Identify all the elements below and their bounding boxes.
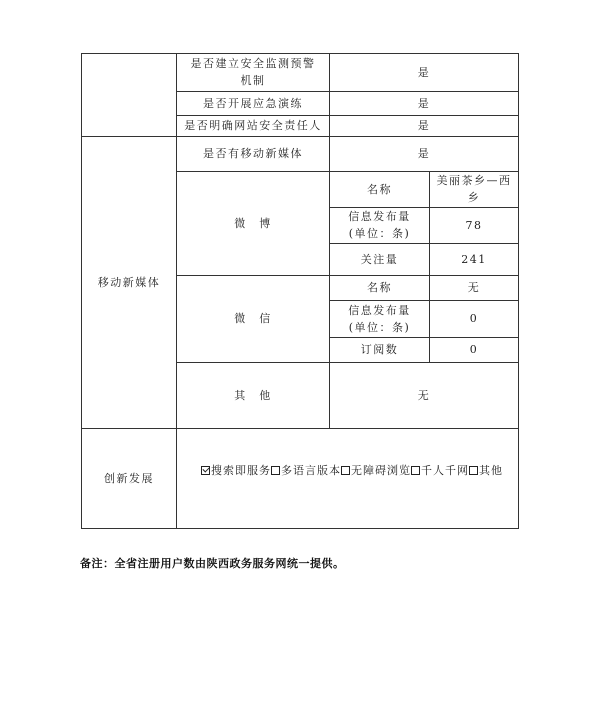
label-line: (单位：条) bbox=[349, 225, 411, 242]
option-label: 千人千网 bbox=[421, 462, 469, 478]
value-other-media: 无 bbox=[330, 362, 518, 428]
label-innovation: 创新发展 bbox=[82, 429, 176, 528]
checkbox-personalized[interactable] bbox=[411, 466, 420, 475]
label-wechat-posts: 信息发布量 (单位：条) bbox=[330, 300, 429, 337]
table-border-right bbox=[518, 53, 519, 529]
option-label: 其他 bbox=[479, 462, 503, 478]
section-label-mobile-media: 移动新媒体 bbox=[82, 137, 176, 428]
label-has-mobile-media: 是否有移动新媒体 bbox=[177, 136, 329, 171]
checkbox-search-service[interactable] bbox=[201, 466, 210, 475]
label-wechat-subscribers: 订阅数 bbox=[330, 337, 429, 362]
label-weibo-followers: 关注量 bbox=[330, 243, 429, 275]
value-monitoring-mechanism: 是 bbox=[330, 53, 518, 91]
checkbox-other[interactable] bbox=[469, 466, 478, 475]
label-weibo: 微 博 bbox=[177, 171, 329, 275]
label-other-media: 其 他 bbox=[177, 362, 329, 428]
label-monitoring-mechanism: 是否建立安全监测预警 机制 bbox=[177, 53, 329, 91]
checkbox-accessibility[interactable] bbox=[341, 466, 350, 475]
footnote: 备注：全省注册用户数由陕西政务服务网统一提供。 bbox=[80, 555, 345, 571]
option-label: 多语言版本 bbox=[281, 462, 341, 478]
innovation-options: 搜索即服务 多语言版本 无障碍浏览 千人千网 其他 bbox=[201, 462, 503, 478]
option-label: 无障碍浏览 bbox=[351, 462, 411, 478]
value-wechat-posts: 0 bbox=[430, 300, 518, 337]
label-weibo-name: 名称 bbox=[330, 171, 429, 207]
label-weibo-posts: 信息发布量 (单位：条) bbox=[330, 207, 429, 243]
option-label: 搜索即服务 bbox=[211, 462, 271, 478]
label-security-officer: 是否明确网站安全责任人 bbox=[177, 115, 329, 136]
label-wechat: 微 信 bbox=[177, 275, 329, 362]
label-line: (单位：条) bbox=[349, 319, 411, 336]
value-weibo-followers: 241 bbox=[430, 243, 518, 275]
value-line: 美丽茶乡—西 bbox=[437, 172, 512, 189]
table-border-bottom bbox=[81, 528, 519, 529]
value-security-officer: 是 bbox=[330, 115, 518, 136]
label-line: 信息发布量 bbox=[348, 302, 411, 319]
checkbox-multilingual[interactable] bbox=[271, 466, 280, 475]
label-line: 机制 bbox=[241, 72, 266, 89]
label-line: 信息发布量 bbox=[348, 208, 411, 225]
value-weibo-name: 美丽茶乡—西 乡 bbox=[430, 171, 518, 207]
value-wechat-name: 无 bbox=[430, 275, 518, 300]
value-wechat-subscribers: 0 bbox=[430, 337, 518, 362]
value-has-mobile-media: 是 bbox=[330, 136, 518, 171]
value-line: 乡 bbox=[468, 189, 481, 206]
value-emergency-drill: 是 bbox=[330, 91, 518, 115]
value-weibo-posts: 78 bbox=[430, 207, 518, 243]
label-line: 是否建立安全监测预警 bbox=[191, 55, 316, 72]
website-stats-table: 是否建立安全监测预警 机制 是 是否开展应急演练 是 是否明确网站安全责任人 是… bbox=[81, 53, 519, 529]
label-wechat-name: 名称 bbox=[330, 275, 429, 300]
label-emergency-drill: 是否开展应急演练 bbox=[177, 91, 329, 115]
